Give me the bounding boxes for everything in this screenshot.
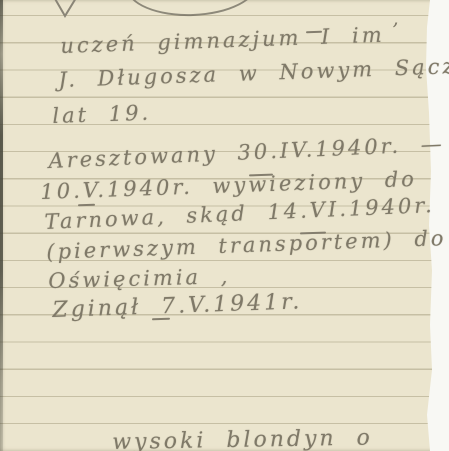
paper-left-edge-shadow xyxy=(0,0,3,451)
handwritten-line: lat 19. xyxy=(52,101,152,128)
scanned-note: ’ uczeń gimnazjum I im J. Długosza w Now… xyxy=(0,0,449,451)
checkmark-icon xyxy=(52,0,80,18)
handwritten-line-partial: wysoki blondyn o xyxy=(112,425,373,451)
pencil-tick-mark: ’ xyxy=(392,18,398,42)
handwritten-line: Oświęcimia , xyxy=(48,264,231,293)
